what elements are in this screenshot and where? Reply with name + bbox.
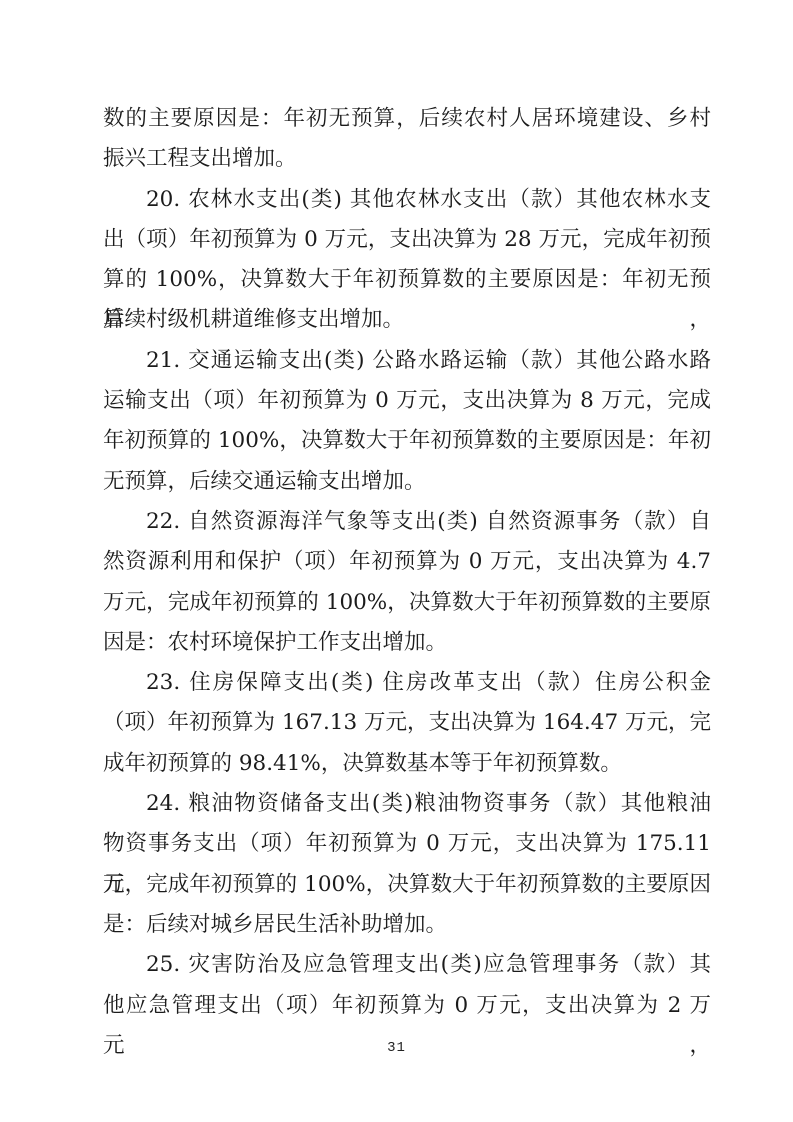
text-line: 出（项）年初预算为 0 万元，支出决算为 28 万元，完成年初预 (103, 220, 711, 260)
text-line: 运输支出（项）年初预算为 0 万元，支出决算为 8 万元，完成 (103, 381, 711, 421)
paragraph-item-23: 23. 住房保障支出(类) 住房改革支出（款）住房公积金（项）年初预算为 167… (103, 663, 711, 784)
text-line: 元，完成年初预算的 100%，决算数大于年初预算数的主要原因 (103, 865, 711, 905)
text-line: 振兴工程支出增加。 (103, 139, 711, 179)
text-line: 成年初预算的 98.41%，决算数基本等于年初预算数。 (103, 744, 711, 784)
text-line: 20. 农林水支出(类) 其他农林水支出（款）其他农林水支 (103, 180, 711, 220)
paragraph-item-24: 24. 粮油物资储备支出(类)粮油物资事务（款）其他粮油物资事务支出（项）年初预… (103, 784, 711, 945)
text-line: 是：后续对城乡居民生活补助增加。 (103, 905, 711, 945)
paragraph-item-22: 22. 自然资源海洋气象等支出(类) 自然资源事务（款）自然资源利用和保护（项）… (103, 502, 711, 663)
page-footer: 31 (0, 1036, 793, 1056)
text-line: 25. 灾害防治及应急管理支出(类)应急管理事务（款）其 (103, 945, 711, 985)
text-line: 因是：农村环境保护工作支出增加。 (103, 623, 711, 663)
text-line: 然资源利用和保护（项）年初预算为 0 万元，支出决算为 4.7 (103, 542, 711, 582)
text-line: 无预算，后续交通运输支出增加。 (103, 462, 711, 502)
paragraph-continuation: 数的主要原因是：年初无预算，后续农村人居环境建设、乡村振兴工程支出增加。 (103, 99, 711, 180)
text-line: （项）年初预算为 167.13 万元，支出决算为 164.47 万元，完 (103, 703, 711, 743)
text-line: 数的主要原因是：年初无预算，后续农村人居环境建设、乡村 (103, 99, 711, 139)
text-line: 22. 自然资源海洋气象等支出(类) 自然资源事务（款）自 (103, 502, 711, 542)
document-page: 数的主要原因是：年初无预算，后续农村人居环境建设、乡村振兴工程支出增加。20. … (0, 0, 793, 1122)
paragraph-item-20: 20. 农林水支出(类) 其他农林水支出（款）其他农林水支出（项）年初预算为 0… (103, 180, 711, 341)
paragraph-item-25: 25. 灾害防治及应急管理支出(类)应急管理事务（款）其他应急管理支出（项）年初… (103, 945, 711, 1026)
page-number: 31 (387, 1040, 406, 1056)
text-line: 算的 100%，决算数大于年初预算数的主要原因是：年初无预算， (103, 260, 711, 300)
text-line: 万元，完成年初预算的 100%，决算数大于年初预算数的主要原 (103, 583, 711, 623)
text-line: 21. 交通运输支出(类) 公路水路运输（款）其他公路水路 (103, 341, 711, 381)
text-line: 23. 住房保障支出(类) 住房改革支出（款）住房公积金 (103, 663, 711, 703)
text-line: 24. 粮油物资储备支出(类)粮油物资事务（款）其他粮油 (103, 784, 711, 824)
text-line: 年初预算的 100%，决算数大于年初预算数的主要原因是：年初 (103, 421, 711, 461)
text-line: 物资事务支出（项）年初预算为 0 万元，支出决算为 175.11 万 (103, 824, 711, 864)
paragraph-item-21: 21. 交通运输支出(类) 公路水路运输（款）其他公路水路运输支出（项）年初预算… (103, 341, 711, 502)
text-line: 他应急管理支出（项）年初预算为 0 万元，支出决算为 2 万元， (103, 986, 711, 1026)
page-body: 数的主要原因是：年初无预算，后续农村人居环境建设、乡村振兴工程支出增加。20. … (103, 99, 711, 1026)
